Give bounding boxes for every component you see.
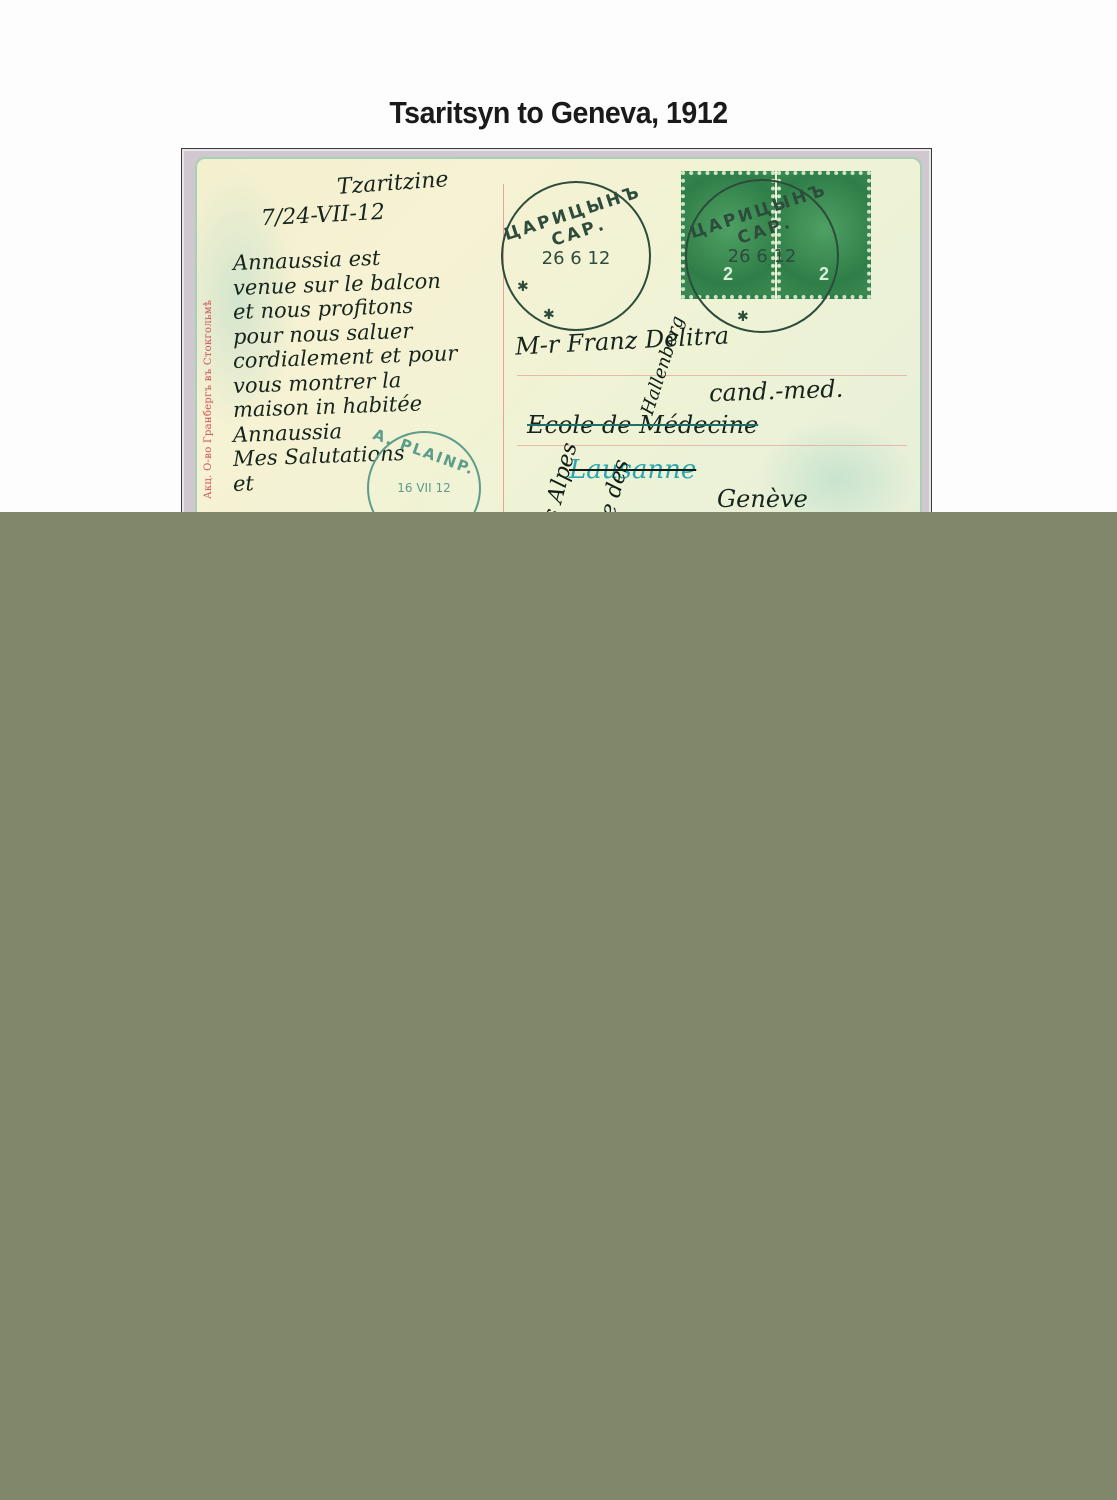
address-recipient: M-r Franz Delitra <box>514 321 729 360</box>
star-icon: ✱ <box>517 279 529 295</box>
postmark-tsaritsyn: ЦАРИЦЫНЪ САР. 26 6 12 ✱ ✱ <box>501 181 651 331</box>
postcard: Акц. О-во Гранбергъ въ Стокгольмѣ Tzarit… <box>195 157 922 539</box>
overlay-panel <box>0 512 1117 1500</box>
postmark-tsaritsyn-on-stamps: ЦАРИЦЫНЪ САР. 26 6 12 ✱ <box>685 179 839 333</box>
postmark-date: 26 6 12 <box>503 248 649 269</box>
publisher-imprint: Акц. О-во Гранбергъ въ Стокгольмѣ <box>203 300 214 499</box>
page-title: Tsaritsyn to Geneva, 1912 <box>45 95 1073 131</box>
postmark-text: A. PLAINP. <box>369 425 479 480</box>
star-icon: ✱ <box>543 307 555 323</box>
message-date: 7/24-VII-12 <box>260 200 385 231</box>
address-line <box>517 375 907 376</box>
address-title: cand.-med. <box>709 375 844 408</box>
postmark-date: 16 VII 12 <box>369 481 479 495</box>
star-icon: ✱ <box>737 309 749 325</box>
postmark-date: 26 6 12 <box>687 246 837 267</box>
address-city: Genève <box>717 485 808 513</box>
address-crossed-school: Ecole de Médecine <box>527 411 758 439</box>
message-place: Tzaritzine <box>336 167 449 200</box>
